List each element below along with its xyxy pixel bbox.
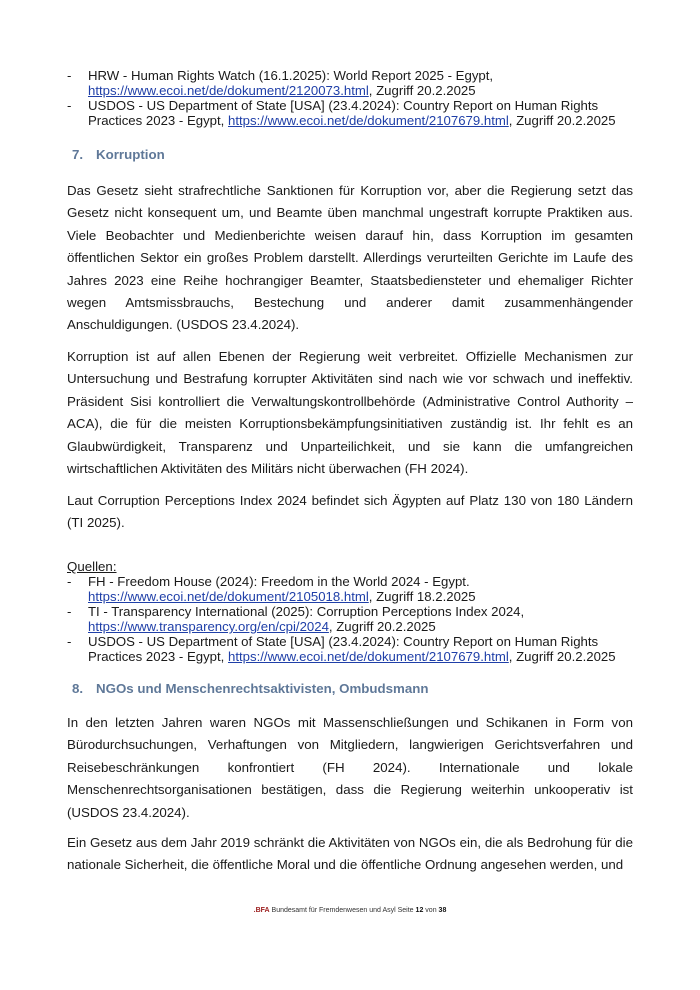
source-link[interactable]: https://www.ecoi.net/de/dokument/2105018… (88, 589, 369, 604)
list-dash: - (67, 68, 71, 83)
section-number: 8. (72, 681, 96, 696)
section-title: Korruption (96, 147, 165, 162)
page-number: 12 (416, 907, 424, 914)
paragraph: Das Gesetz sieht strafrechtliche Sanktio… (67, 180, 633, 337)
paragraph: Ein Gesetz aus dem Jahr 2019 schränkt di… (67, 832, 633, 877)
paragraph: Laut Corruption Perceptions Index 2024 b… (67, 490, 633, 535)
source-link[interactable]: https://www.ecoi.net/de/dokument/2120073… (88, 83, 369, 98)
page-total: 38 (439, 907, 447, 914)
sources-label: Quellen: (67, 559, 117, 574)
source-item: - HRW - Human Rights Watch (16.1.2025): … (67, 68, 637, 98)
top-sources-list: - HRW - Human Rights Watch (16.1.2025): … (67, 68, 637, 128)
page-footer: .BFA Bundesamt für Fremdenwesen und Asyl… (0, 907, 700, 914)
source-item: - FH - Freedom House (2024): Freedom in … (67, 574, 637, 604)
source-link[interactable]: https://www.ecoi.net/de/dokument/2107679… (228, 649, 509, 664)
source-link[interactable]: https://www.ecoi.net/de/dokument/2107679… (228, 113, 509, 128)
paragraph: Korruption ist auf allen Ebenen der Regi… (67, 346, 633, 480)
source-item: - USDOS - US Department of State [USA] (… (67, 98, 637, 128)
section-heading-ngos: 8.NGOs und Menschenrechtsaktivisten, Omb… (72, 681, 429, 696)
section-title: NGOs und Menschenrechtsaktivisten, Ombud… (96, 681, 429, 696)
section7-sources-list: - FH - Freedom House (2024): Freedom in … (67, 574, 637, 664)
source-item: - USDOS - US Department of State [USA] (… (67, 634, 637, 664)
section-number: 7. (72, 147, 96, 162)
list-dash: - (67, 574, 71, 589)
document-page: - HRW - Human Rights Watch (16.1.2025): … (0, 0, 700, 990)
section-heading-korruption: 7.Korruption (72, 147, 165, 162)
list-dash: - (67, 98, 71, 113)
bfa-logo: .BFA (254, 907, 270, 914)
source-link[interactable]: https://www.transparency.org/en/cpi/2024 (88, 619, 329, 634)
source-item: - TI - Transparency International (2025)… (67, 604, 637, 634)
list-dash: - (67, 604, 71, 619)
footer-org: Bundesamt für Fremdenwesen und Asyl (272, 907, 396, 914)
list-dash: - (67, 634, 71, 649)
paragraph: In den letzten Jahren waren NGOs mit Mas… (67, 712, 633, 824)
